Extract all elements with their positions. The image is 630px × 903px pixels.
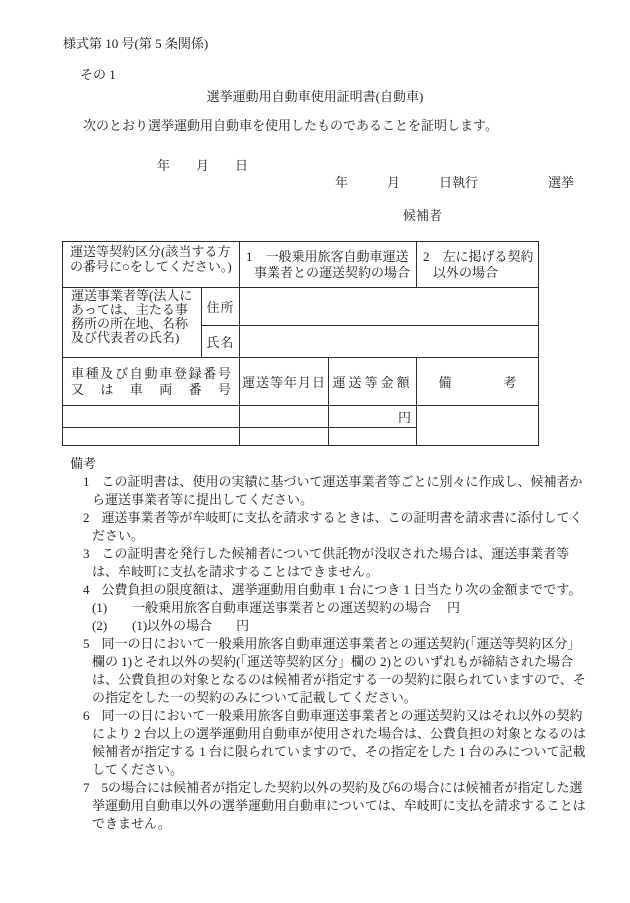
transport-date-value-cell [240,406,329,428]
form-number: 様式第 10 号(第 5 条関係) [63,33,208,52]
vehicle-value-cell [63,406,240,428]
note-number: 5 [83,636,90,651]
carrier-header-cell: 運送事業者等(法人にあっては、主たる事務所の所在地、名称及び代表者の氏名) [63,288,202,358]
note-text: この証明書を発行した候補者について供託物が没収された場合は、運送事業者等は、牟岐… [92,546,569,579]
remarks-value-cell [417,406,539,446]
document-title: 選挙運動用自動車使用証明書(自動車) [0,86,630,105]
usage-certificate-table: 運送等契約区分(該当する方の番号に○をしてください。) 1 一般乗用旅客自動車運… [62,241,539,446]
note-item-3: 3この証明書を発行した候補者について供託物が没収された場合は、運送事業者等は、牟… [60,545,593,581]
vehicle-value-cell-2 [63,428,240,446]
subnote-number: (2) [92,617,132,635]
candidate-label: 候補者 [403,205,442,224]
note-text: 公費負担の限度額は、選挙運動用自動車 1 台につき 1 日当たり次の金額までです… [102,582,582,597]
subnote-text: (1)以外の場合 [132,618,212,633]
address-value-cell [240,288,539,326]
note-text: 5の場合には候補者が指定した契約以外の契約及び6の場合には候補者が指定した選挙運… [92,780,586,831]
note-item-1: 1この証明書は、使用の実績に基づいて運送事業者等ごとに別々に作成し、候補者から運… [60,473,593,509]
note-text: 運送事業者等が牟岐町に支払を請求するときは、この証明書を請求書に添付してください… [92,510,583,543]
note-item-5: 5同一の日において一般乗用旅客自動車運送事業者との運送契約(「運送等契約区分」欄… [60,635,593,707]
contract-type-header-cell: 運送等契約区分(該当する方の番号に○をしてください。) [63,242,240,288]
transport-date-value-cell-2 [240,428,329,446]
yen-unit: 円 [329,406,417,428]
vehicle-header-line2: 又 は 車 両 番 号 [71,382,231,398]
transport-amount-header: 運送等金額 [329,358,417,406]
issue-date-line: 年 月 日 [157,155,248,174]
note-number: 1 [83,474,90,489]
note-item-6: 6同一の日において一般乗用旅客自動車運送事業者との運送契約又はそれ以外の契約によ… [60,707,593,779]
intro-sentence: 次のとおり選挙運動用自動車を使用したものであることを証明します。 [83,115,498,134]
note-text: 同一の日において一般乗用旅客自動車運送事業者との運送契約(「運送等契約区分」欄の… [92,636,586,705]
document-page: 様式第 10 号(第 5 条関係) その 1 選挙運動用自動車使用証明書(自動車… [0,0,630,903]
transport-date-header: 運送等年月日 [240,358,329,406]
name-value-cell [240,326,539,358]
note-item-4: 4公費負担の限度額は、選挙運動用自動車 1 台につき 1 日当たり次の金額までで… [60,581,593,599]
note-4-subitem-1: (1)一般乗用旅客自動車運送事業者との運送契約の場合円 [60,599,593,617]
note-number: 6 [83,708,90,723]
vehicle-header-line1: 車種及び自動車登録番号 [71,366,231,382]
subnote-number: (1) [92,599,132,617]
note-number: 3 [83,546,90,561]
note-number: 4 [83,582,90,597]
note-text: この証明書は、使用の実績に基づいて運送事業者等ごとに別々に作成し、候補者から運送… [92,474,583,507]
note-item-7: 75の場合には候補者が指定した契約以外の契約及び6の場合には候補者が指定した選挙… [60,779,593,833]
note-number: 2 [83,510,90,525]
address-label: 住所 [202,288,240,326]
contract-option-2-cell: 2 左に掲げる契約以外の場合 [417,242,539,288]
vehicle-number-header-cell: 車種及び自動車登録番号 又 は 車 両 番 号 [63,358,240,406]
notes-section: 備考 1この証明書は、使用の実績に基づいて運送事業者等ごとに別々に作成し、候補者… [60,455,593,833]
notes-heading: 備考 [60,455,593,473]
note-item-2: 2運送事業者等が牟岐町に支払を請求するときは、この証明書を請求書に添付してくださ… [60,509,593,545]
contract-option-1: 1 一般乗用旅客自動車運送事業者との運送契約の場合 [240,249,416,281]
election-label: 選挙 [548,172,574,191]
part-label: その 1 [80,64,116,83]
note-4-subitem-2: (2)(1)以外の場合円 [60,617,593,635]
remarks-header: 備 考 [417,358,539,406]
name-label: 氏名 [202,326,240,358]
election-date-line: 年 月 日執行 [335,172,478,191]
note-text: 同一の日において一般乗用旅客自動車運送事業者との運送契約又はそれ以外の契約により… [92,708,586,777]
yen-label: 円 [447,600,460,615]
contract-option-2: 2 左に掲げる契約以外の場合 [417,249,538,281]
contract-option-1-cell: 1 一般乗用旅客自動車運送事業者との運送契約の場合 [240,242,417,288]
subnote-text: 一般乗用旅客自動車運送事業者との運送契約の場合 [132,600,431,615]
note-number: 7 [83,780,90,795]
yen-label: 円 [236,618,249,633]
transport-amount-value-cell-2 [329,428,417,446]
